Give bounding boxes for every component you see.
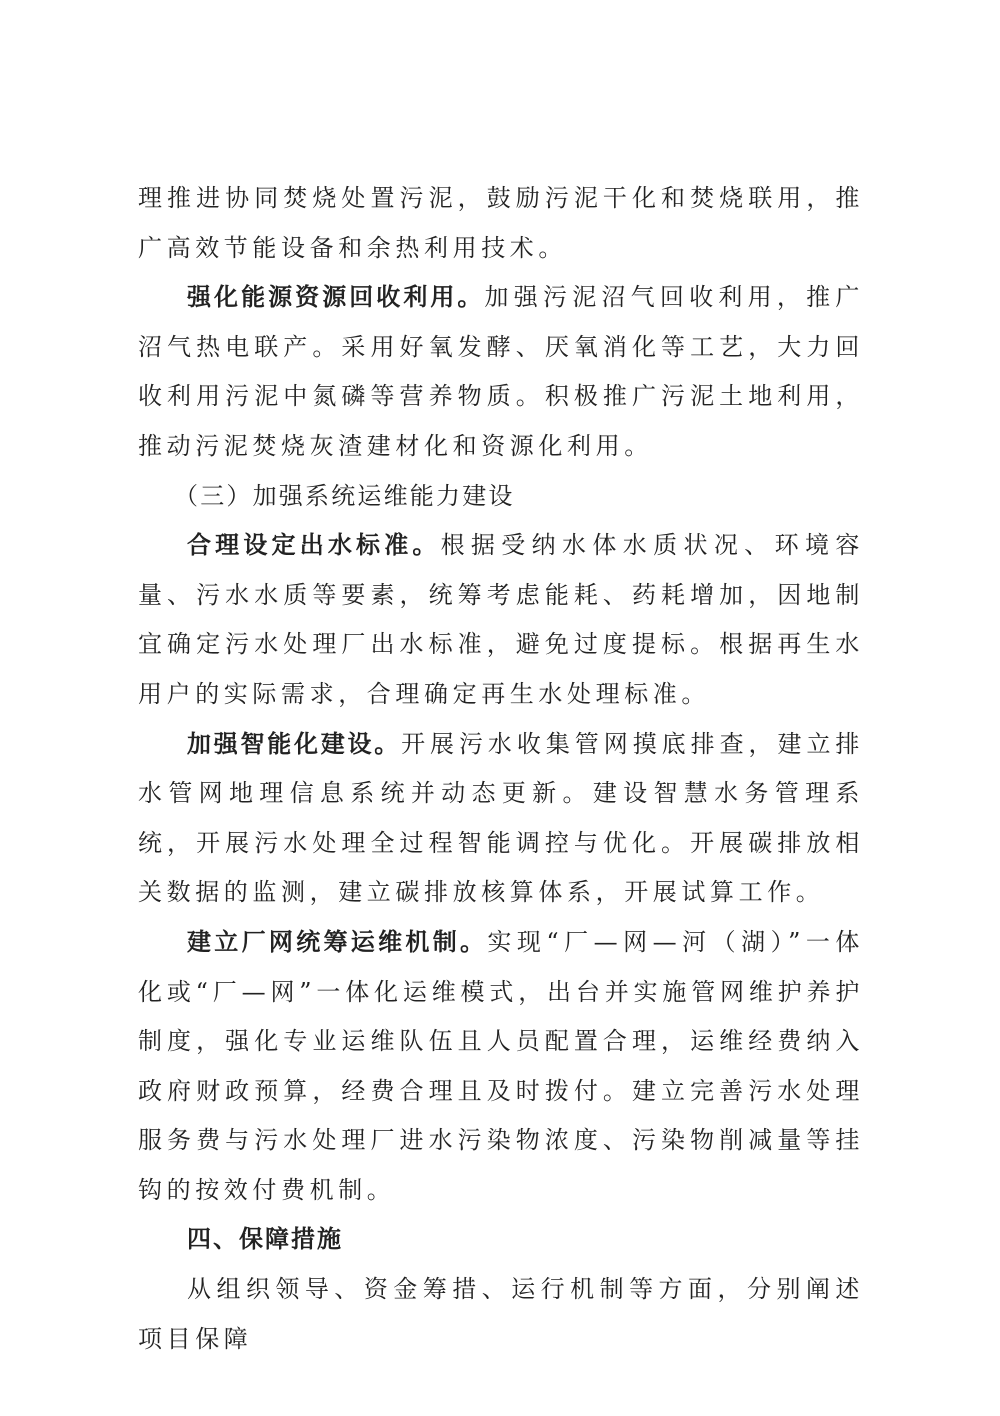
section-subheading: （三）加强系统运维能力建设: [138, 472, 864, 522]
document-page: 理推进协同焚烧处置污泥，鼓励污泥干化和焚烧联用，推广高效节能设备和余热利用技术。…: [138, 174, 864, 1364]
paragraph-smart-construction: 加强智能化建设。开展污水收集管网摸底排查，建立排水管网地理信息系统并动态更新。建…: [138, 720, 864, 918]
paragraph-lead: 加强智能化建设。: [187, 730, 401, 758]
paragraph-lead: 合理设定出水标准。: [187, 531, 441, 559]
paragraph-safeguard-measures: 从组织领导、资金筹措、运行机制等方面，分别阐述项目保障: [138, 1265, 864, 1364]
paragraph-lead: 建立厂网统筹运维机制。: [187, 928, 487, 956]
section-heading: 四、保障措施: [138, 1215, 864, 1265]
paragraph-plant-network-operation: 建立厂网统筹运维机制。实现“厂—网—河（湖）”一体化或“厂—网”一体化运维模式，…: [138, 918, 864, 1216]
paragraph-continuation: 理推进协同焚烧处置污泥，鼓励污泥干化和焚烧联用，推广高效节能设备和余热利用技术。: [138, 174, 864, 273]
paragraph-energy-resource-recovery: 强化能源资源回收利用。加强污泥沼气回收利用，推广沼气热电联产。采用好氧发酵、厌氧…: [138, 273, 864, 471]
paragraph-effluent-standard: 合理设定出水标准。根据受纳水体水质状况、环境容量、污水水质等要素，统筹考虑能耗、…: [138, 521, 864, 719]
paragraph-lead: 强化能源资源回收利用。: [187, 283, 484, 311]
paragraph-body: 实现“厂—网—河（湖）”一体化或“厂—网”一体化运维模式，出台并实施管网维护养护…: [138, 928, 864, 1204]
